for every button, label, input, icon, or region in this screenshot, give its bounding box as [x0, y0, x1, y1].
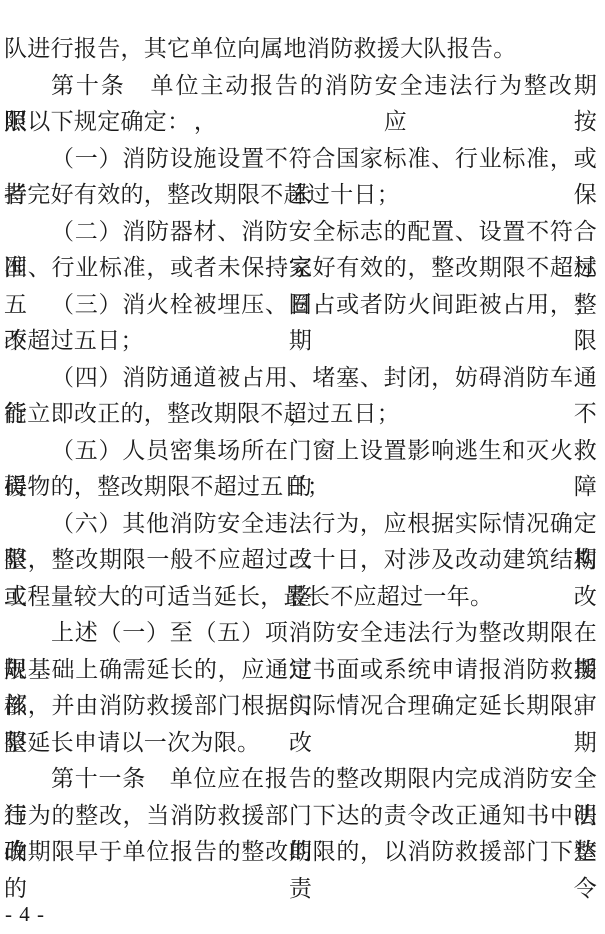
text-line: （四）消防通道被占用、堵塞、封闭，妨碍消防车通行，不 — [4, 359, 597, 396]
text-line: 上述（一）至（五）项消防安全违法行为整改期限在规定期 — [4, 614, 597, 651]
text-line: 准、行业标准，或者未保持完好有效的，整改期限不超过五日； — [4, 249, 597, 286]
page-number: - 4 - — [5, 900, 45, 928]
text-line: 队进行报告，其它单位向属地消防救援大队报告。 — [4, 30, 597, 67]
text-line: 改期限早于单位报告的整改期限的，以消防救援部门下达的责令 — [4, 833, 597, 870]
text-line: 限基础上确需延长的，应通过书面或系统申请报消防救援部门审 — [4, 651, 597, 688]
text-line: （三）消火栓被埋压、圈占或者防火间距被占用，整改期限 — [4, 286, 597, 323]
text-lines: 队进行报告，其它单位向属地消防救援大队报告。第十条 单位主动报告的消防安全违法行… — [4, 30, 597, 870]
text-line: 第十条 单位主动报告的消防安全违法行为整改期限，应按 — [4, 67, 597, 104]
text-line: （五）人员密集场所在门窗上设置影响逃生和灭火救援的障 — [4, 432, 597, 469]
text-line: （二）消防器材、消防安全标志的配置、设置不符合国家标 — [4, 213, 597, 250]
text-line: （六）其他消防安全违法行为，应根据实际情况确定整改期 — [4, 505, 597, 542]
text-line: （一）消防设施设置不符合国家标准、行业标准，或者未保 — [4, 140, 597, 177]
text-line: 行为的整改，当消防救援部门下达的责令改正通知书中明确的整 — [4, 797, 597, 834]
text-line: 限，整改期限一般不应超过三十日，对涉及改动建筑结构或整改 — [4, 541, 597, 578]
text-line: 核，并由消防救援部门根据实际情况合理确定延长期限。整改期 — [4, 687, 597, 724]
text-line: 第十一条 单位应在报告的整改期限内完成消防安全违法 — [4, 760, 597, 797]
document-page: 队进行报告，其它单位向属地消防救援大队报告。第十条 单位主动报告的消防安全违法行… — [0, 0, 605, 934]
